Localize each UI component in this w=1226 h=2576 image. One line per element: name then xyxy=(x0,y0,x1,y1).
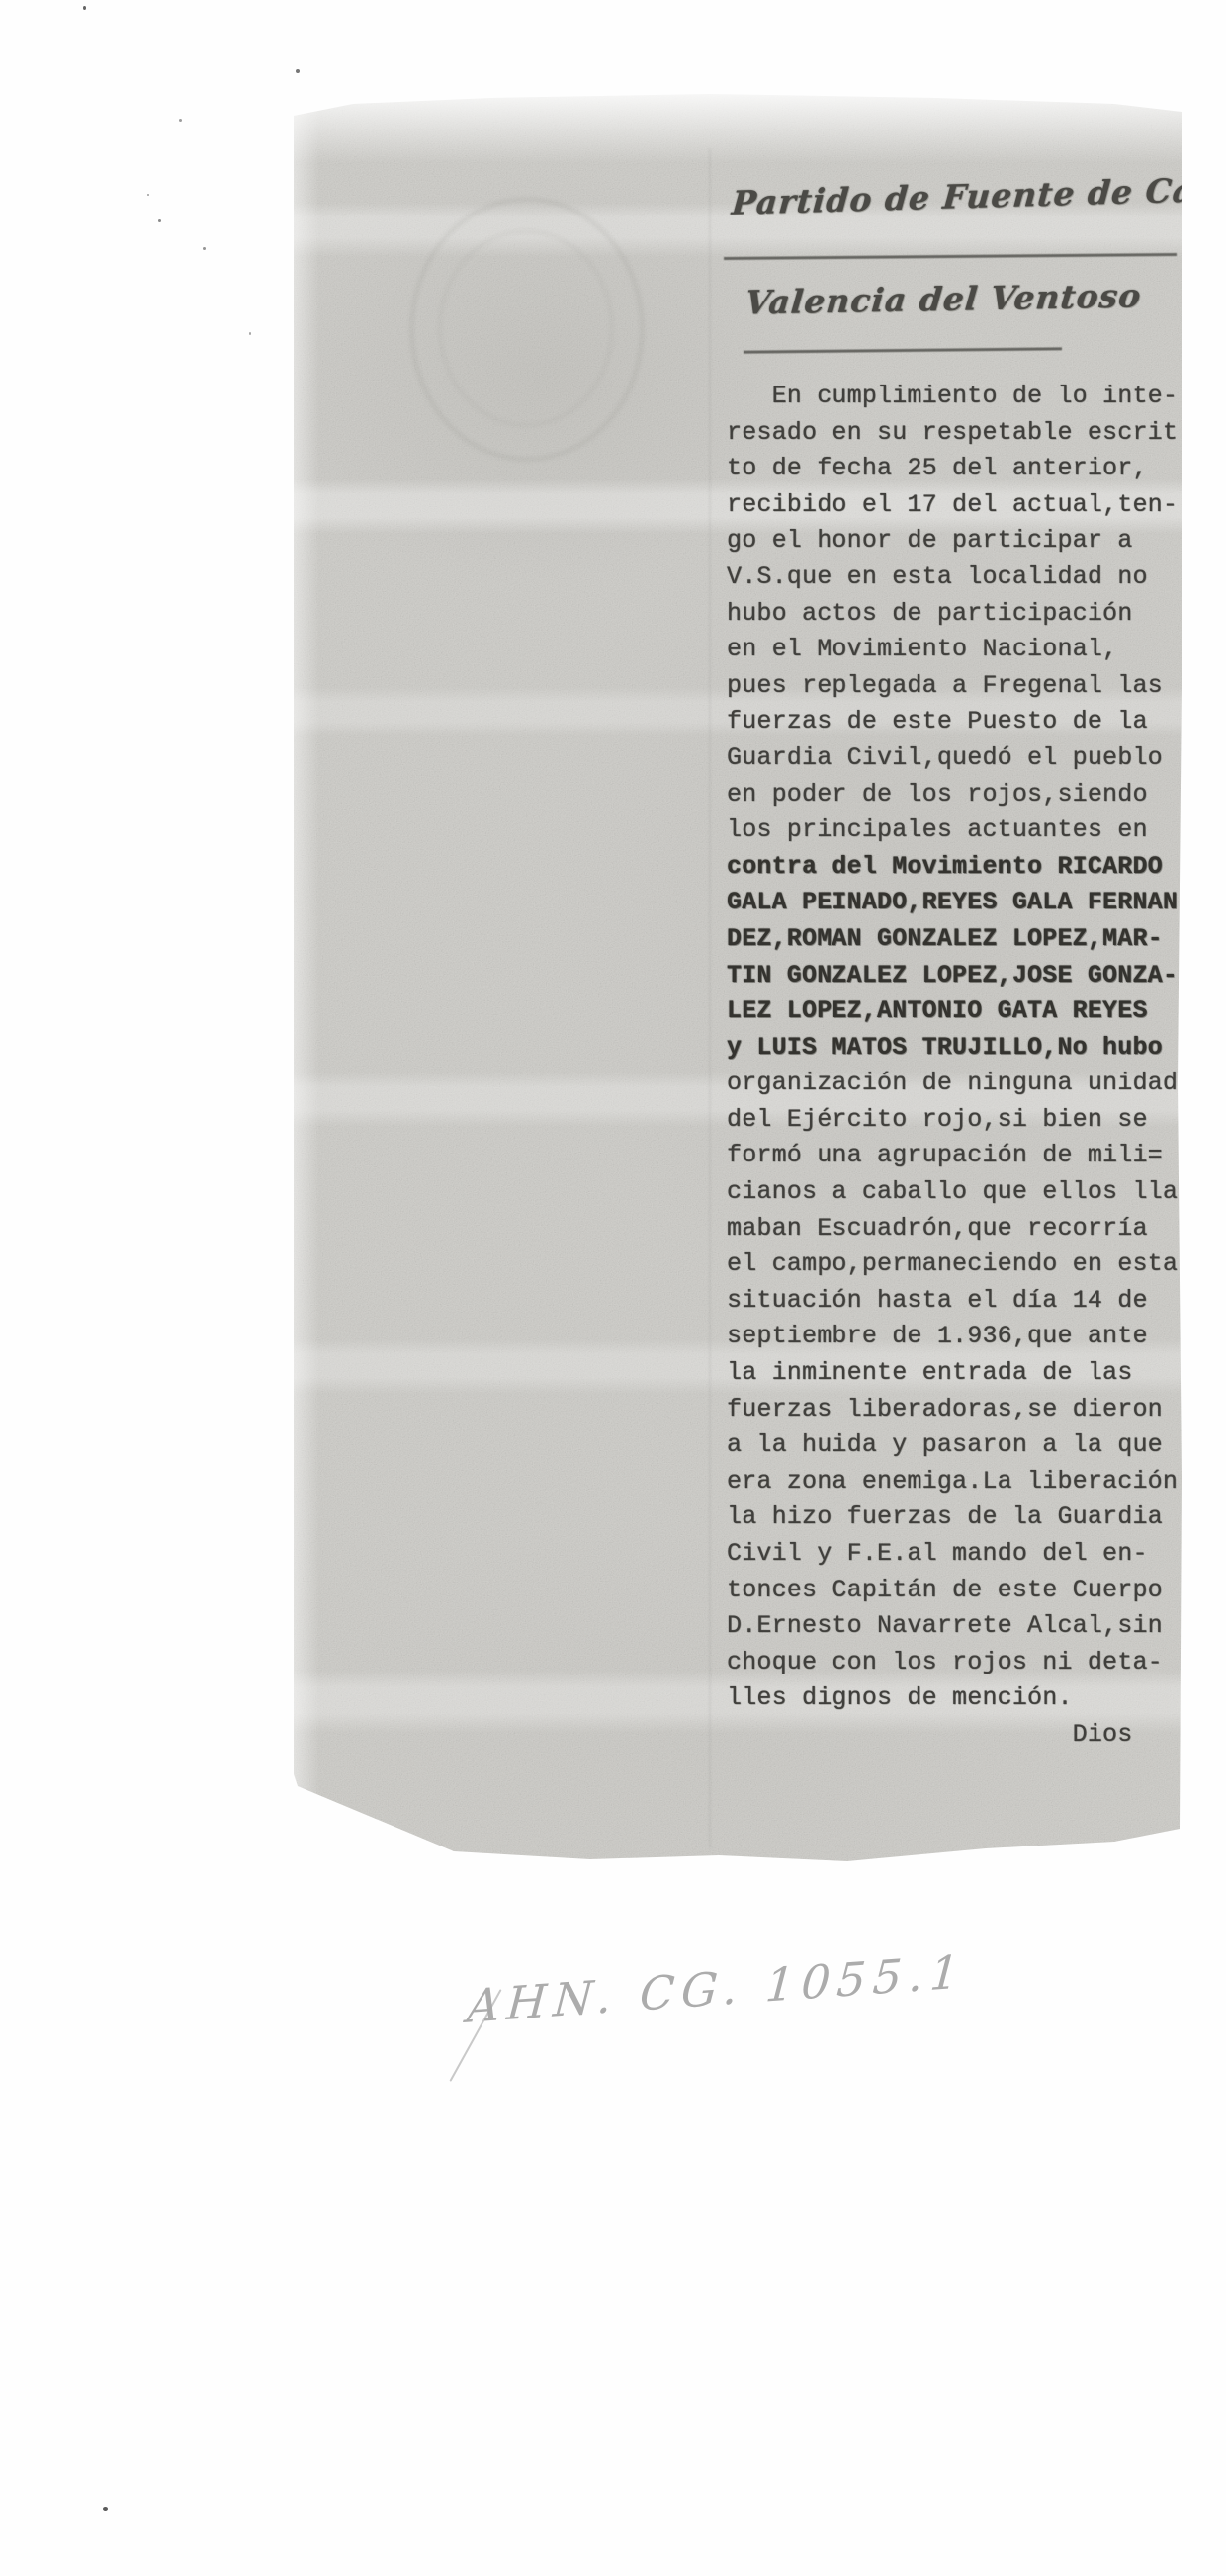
body-line: la hizo fuerzas de la Guardia xyxy=(727,1500,1183,1536)
body-line: del Ejército rojo,si bien se xyxy=(727,1102,1183,1139)
scan-speck xyxy=(147,194,149,196)
handwritten-heading-town: Valencia del Ventoso xyxy=(744,276,1143,321)
body-line: cianos a caballo que ellos lla xyxy=(727,1174,1183,1211)
body-line: choque con los rojos ni deta- xyxy=(727,1645,1183,1681)
body-line: resado en su respetable escrit xyxy=(727,415,1183,452)
body-line: septiembre de 1.936,que ante xyxy=(727,1319,1183,1355)
town-underline xyxy=(744,347,1062,353)
body-line: tonces Capitán de este Cuerpo xyxy=(727,1573,1183,1609)
body-line: fuerzas de este Puesto de la xyxy=(727,704,1183,740)
body-line: la inminente entrada de las xyxy=(727,1355,1183,1392)
body-line: contra del Movimiento RICARDO xyxy=(727,849,1183,886)
body-line: el campo,permaneciendo en esta xyxy=(727,1246,1183,1283)
archive-reference-pencil: AHN. CG. 1055.1 xyxy=(466,1944,968,2033)
body-line: En cumplimiento de lo inte- xyxy=(727,379,1183,415)
body-line: V.S.que en esta localidad no xyxy=(727,559,1183,596)
typewritten-body: En cumplimiento de lo inte-resado en su … xyxy=(727,379,1183,1754)
fold-crease xyxy=(709,148,711,1848)
body-line: pues replegada a Fregenal las xyxy=(727,668,1183,705)
handwritten-heading-partido: Partido de Fuente de Cantos xyxy=(731,168,1226,222)
body-line: los principales actuantes en xyxy=(727,813,1183,849)
body-line: LEZ LOPEZ,ANTONIO GATA REYES xyxy=(727,993,1183,1030)
scan-speck xyxy=(249,332,251,335)
body-line: Guardia Civil,quedó el pueblo xyxy=(727,740,1183,777)
body-line: organización de ninguna unidad xyxy=(727,1066,1183,1102)
body-line: lles dignos de mención. xyxy=(727,1680,1183,1717)
body-line: en poder de los rojos,siendo xyxy=(727,777,1183,814)
scan-speck xyxy=(296,69,300,73)
body-line: DEZ,ROMAN GONZALEZ LOPEZ,MAR- xyxy=(727,921,1183,958)
faint-round-stamp xyxy=(410,198,644,461)
body-line: TIN GONZALEZ LOPEZ,JOSE GONZA- xyxy=(727,958,1183,994)
body-line: to de fecha 25 del anterior, xyxy=(727,451,1183,487)
stamp-inner-ring xyxy=(439,230,613,426)
scan-speck xyxy=(158,219,161,222)
scan-speck xyxy=(179,119,182,122)
scan-speck xyxy=(83,6,86,10)
body-line: go el honor de participar a xyxy=(727,523,1183,559)
body-line: situación hasta el día 14 de xyxy=(727,1283,1183,1320)
body-line: y LUIS MATOS TRUJILLO,No hubo xyxy=(727,1030,1183,1067)
document-paper: Partido de Fuente de Cantos Valencia del… xyxy=(294,94,1182,1863)
body-line: maban Escuadrón,que recorría xyxy=(727,1211,1183,1247)
scan-speck xyxy=(103,2507,108,2511)
paper-top-fade xyxy=(294,94,1182,163)
heading-underline xyxy=(724,253,1177,260)
paper-left-fade xyxy=(294,94,319,1863)
body-line: hubo actos de participación xyxy=(727,596,1183,633)
body-line: D.Ernesto Navarrete Alcal,sin xyxy=(727,1608,1183,1645)
body-line: formó una agrupación de mili= xyxy=(727,1138,1183,1174)
body-line: Civil y F.E.al mando del en- xyxy=(727,1536,1183,1573)
scan-speck xyxy=(203,247,206,250)
body-line: GALA PEINADO,REYES GALA FERNAN xyxy=(727,885,1183,921)
body-line: fuerzas liberadoras,se dieron xyxy=(727,1392,1183,1428)
body-line: en el Movimiento Nacional, xyxy=(727,632,1183,668)
body-line: Dios xyxy=(727,1717,1183,1754)
scanned-page: Partido de Fuente de Cantos Valencia del… xyxy=(0,0,1226,2576)
body-line: era zona enemiga.La liberación xyxy=(727,1464,1183,1501)
body-line: recibido el 17 del actual,ten- xyxy=(727,487,1183,524)
body-line: a la huida y pasaron a la que xyxy=(727,1427,1183,1464)
